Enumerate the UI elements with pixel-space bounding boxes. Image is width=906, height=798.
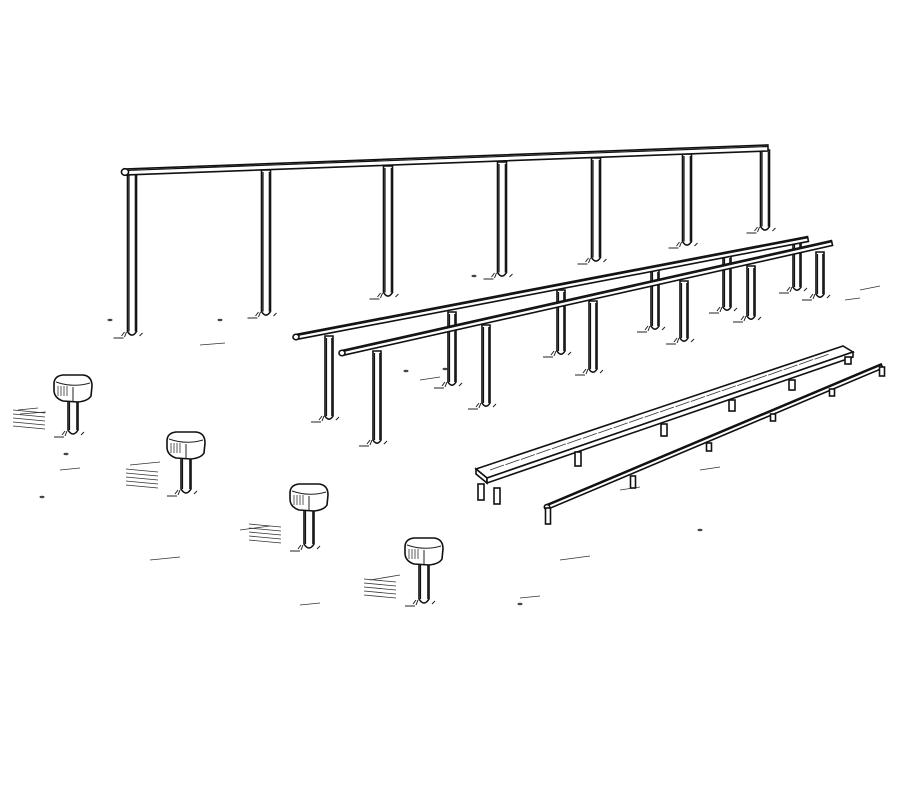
balance-bench	[476, 346, 853, 504]
gymnastics-apparatus-illustration	[0, 0, 906, 798]
parallel-bars	[293, 237, 833, 446]
